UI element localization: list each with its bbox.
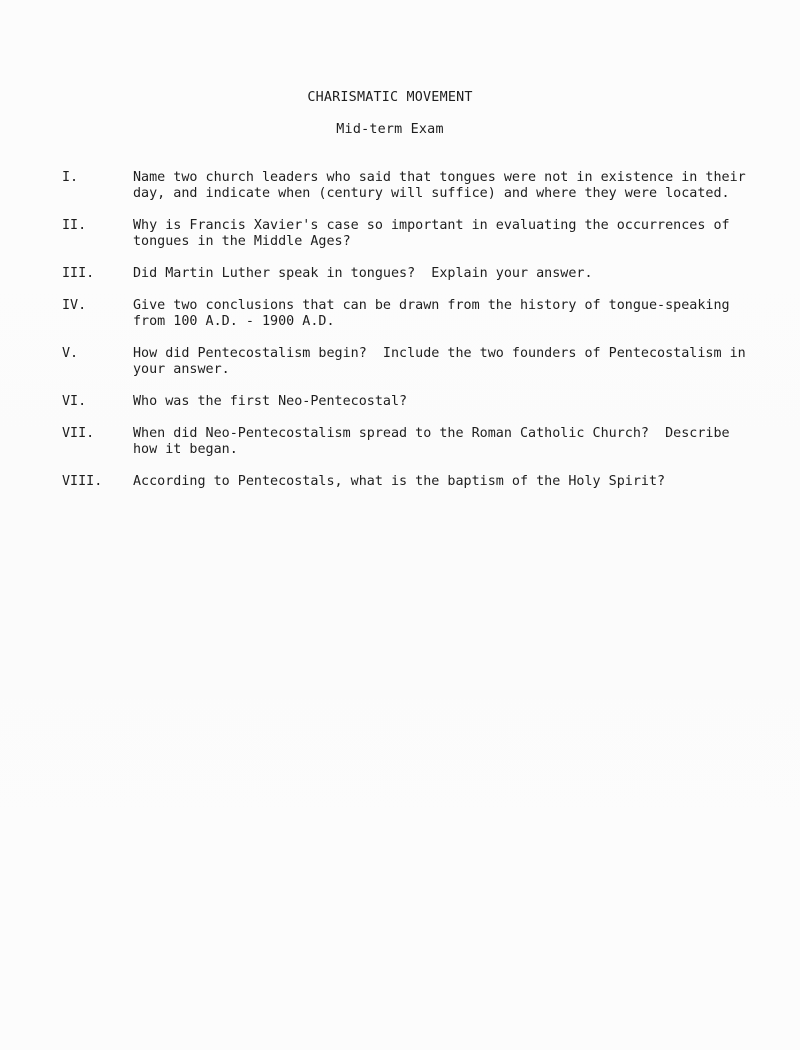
question-numeral: III.	[62, 266, 133, 282]
exam-question-6: VI. Who was the first Neo-Pentecostal?	[0, 394, 800, 410]
question-numeral: I.	[62, 170, 133, 186]
exam-question-2: II. Why is Francis Xavier's case so impo…	[0, 218, 800, 250]
question-numeral: IV.	[62, 298, 133, 314]
page-content: CHARISMATIC MOVEMENT Mid-term Exam I. Na…	[0, 90, 800, 506]
question-list: I. Name two church leaders who said that…	[0, 170, 800, 490]
question-text: Give two conclusions that can be drawn f…	[133, 298, 800, 330]
question-text: Who was the first Neo-Pentecostal?	[133, 394, 800, 410]
question-numeral: VIII.	[62, 474, 133, 490]
exam-question-7: VII. When did Neo-Pentecostalism spread …	[0, 426, 800, 458]
question-text: Why is Francis Xavier's case so importan…	[133, 218, 800, 250]
question-numeral: II.	[62, 218, 133, 234]
question-text: Name two church leaders who said that to…	[133, 170, 800, 202]
question-text: How did Pentecostalism begin? Include th…	[133, 346, 800, 378]
question-numeral: VI.	[62, 394, 133, 410]
exam-question-3: III. Did Martin Luther speak in tongues?…	[0, 266, 800, 282]
question-numeral: V.	[62, 346, 133, 362]
document-subtitle: Mid-term Exam	[0, 122, 780, 138]
exam-question-5: V. How did Pentecostalism begin? Include…	[0, 346, 800, 378]
question-numeral: VII.	[62, 426, 133, 442]
exam-question-4: IV. Give two conclusions that can be dra…	[0, 298, 800, 330]
document-header: CHARISMATIC MOVEMENT Mid-term Exam	[0, 90, 780, 138]
document-title: CHARISMATIC MOVEMENT	[0, 90, 780, 106]
scanned-exam-page: CHARISMATIC MOVEMENT Mid-term Exam I. Na…	[0, 0, 800, 1050]
exam-question-1: I. Name two church leaders who said that…	[0, 170, 800, 202]
exam-question-8: VIII. According to Pentecostals, what is…	[0, 474, 800, 490]
question-text: When did Neo-Pentecostalism spread to th…	[133, 426, 800, 458]
question-text: Did Martin Luther speak in tongues? Expl…	[133, 266, 800, 282]
question-text: According to Pentecostals, what is the b…	[133, 474, 800, 490]
